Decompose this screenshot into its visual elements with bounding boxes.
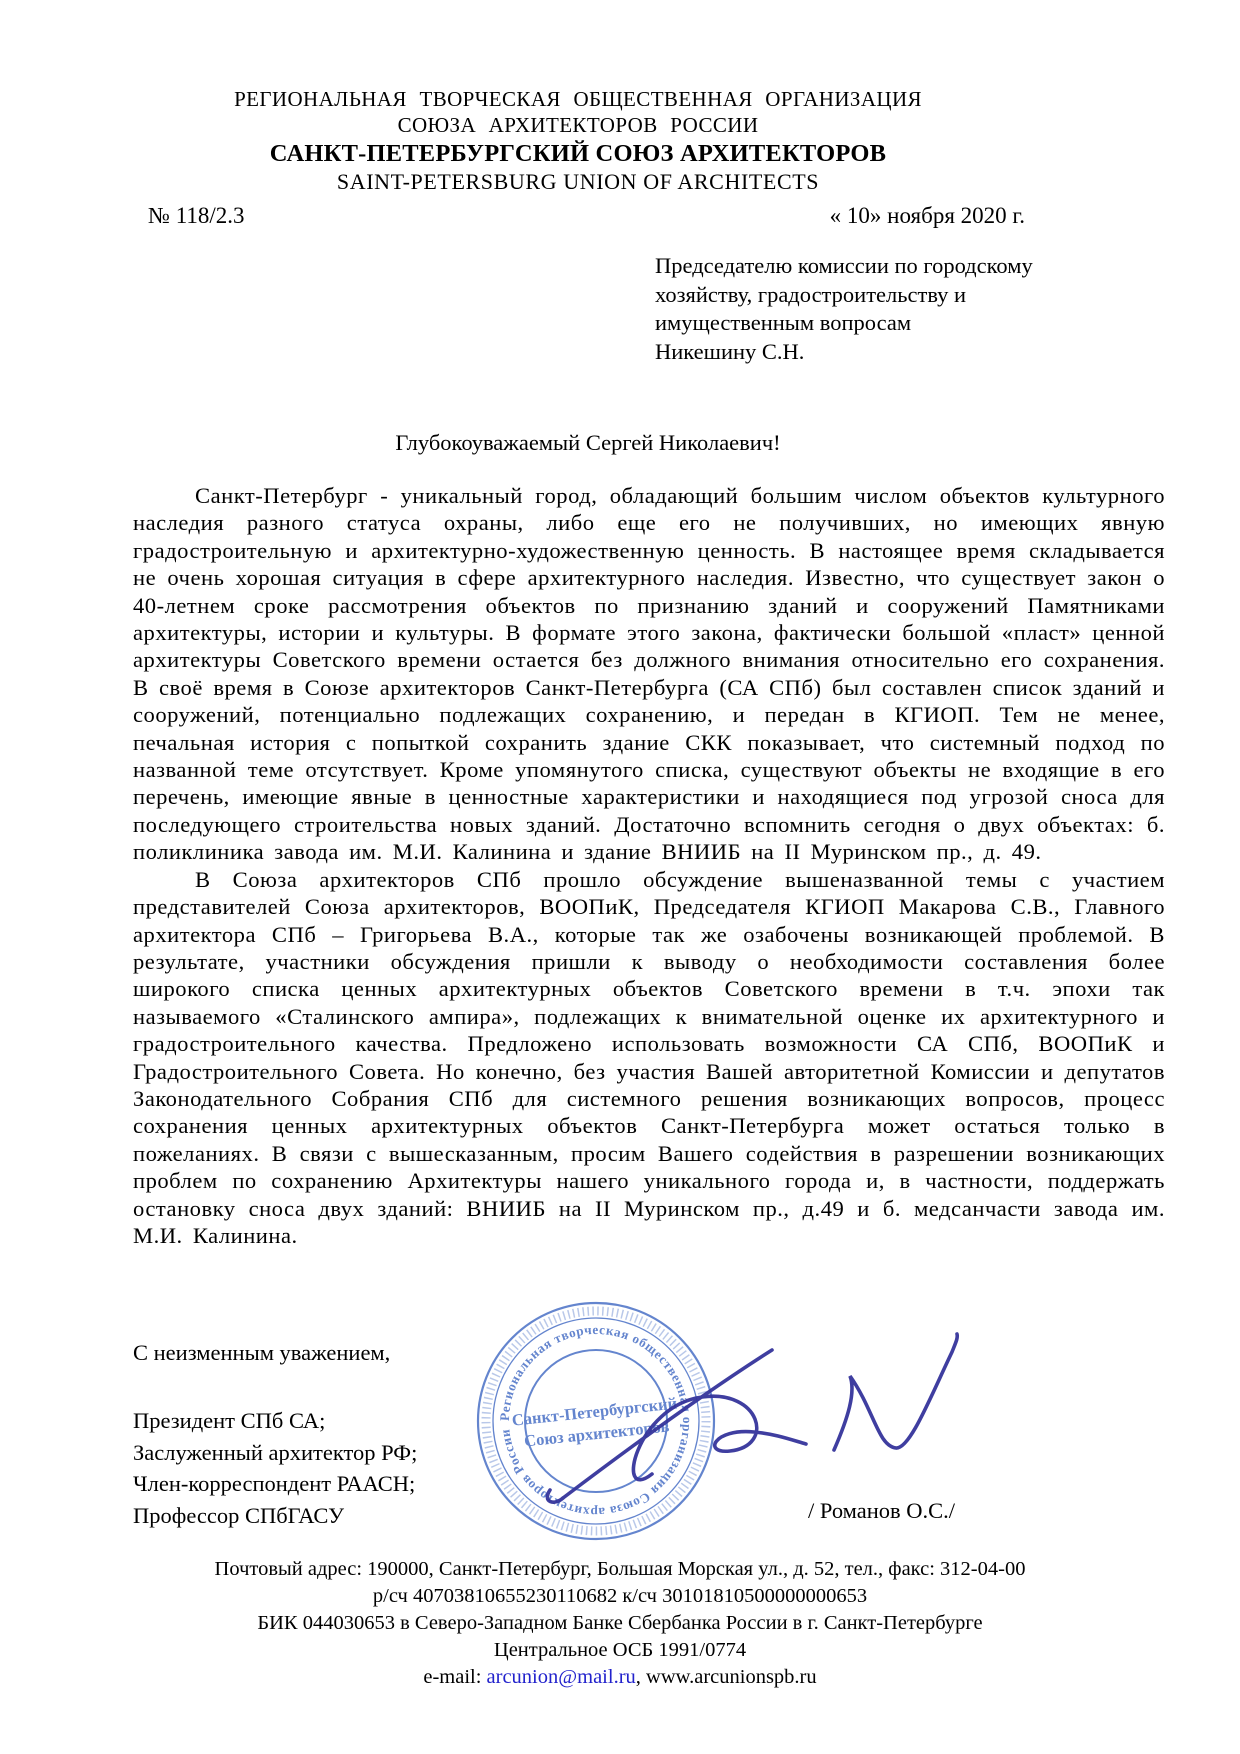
body-paragraph-2: В Союза архитекторов СПб прошло обсужден…: [133, 866, 1165, 1250]
org-name-line2: СОЮЗА АРХИТЕКТОРОВ РОССИИ: [133, 112, 1023, 138]
reference-row: № 118/2.3 « 10» ноября 2020 г.: [148, 203, 1025, 229]
closing-phrase: С неизменным уважением,: [133, 1340, 390, 1366]
addressee-line: Председателю комиссии по городскому: [655, 252, 1055, 281]
postal-address: Почтовый адрес: 190000, Санкт-Петербург,…: [70, 1556, 1170, 1583]
footer-contact-block: Почтовый адрес: 190000, Санкт-Петербург,…: [70, 1556, 1170, 1691]
reference-number: № 118/2.3: [148, 203, 244, 229]
email-link[interactable]: arcunion@mail.ru: [487, 1666, 636, 1688]
addressee-line: имущественным вопросам: [655, 309, 1055, 338]
addressee-name: Никешину С.Н.: [655, 338, 1055, 367]
letter-page: РЕГИОНАЛЬНАЯ ТВОРЧЕСКАЯ ОБЩЕСТВЕННАЯ ОРГ…: [0, 0, 1240, 1754]
stamp-and-signature: Региональная творческая общественная орг…: [430, 1280, 1000, 1545]
signer-title: Профессор СПбГАСУ: [133, 1500, 417, 1532]
email-label: e-mail:: [423, 1666, 486, 1688]
addressee-block: Председателю комиссии по городскому хозя…: [655, 252, 1055, 366]
letterhead: РЕГИОНАЛЬНАЯ ТВОРЧЕСКАЯ ОБЩЕСТВЕННАЯ ОРГ…: [133, 86, 1023, 195]
signer-title: Заслуженный архитектор РФ;: [133, 1437, 417, 1469]
signer-titles: Президент СПб СА; Заслуженный архитектор…: [133, 1405, 417, 1531]
addressee-line: хозяйству, градостроительству и: [655, 281, 1055, 310]
org-name-main: САНКТ-ПЕТЕРБУРГСКИЙ СОЮЗ АРХИТЕКТОРОВ: [133, 139, 1023, 168]
org-name-line1: РЕГИОНАЛЬНАЯ ТВОРЧЕСКАЯ ОБЩЕСТВЕННАЯ ОРГ…: [133, 86, 1023, 112]
letter-date: « 10» ноября 2020 г.: [830, 203, 1025, 229]
bank-accounts: р/сч 40703810655230110682 к/сч 301018105…: [70, 1583, 1170, 1610]
bank-details: БИК 044030653 в Северо-Западном Банке Сб…: [70, 1610, 1170, 1637]
signer-title: Член-корреспондент РААСН;: [133, 1468, 417, 1500]
letter-body: Санкт-Петербург - уникальный город, обла…: [133, 482, 1165, 1249]
org-name-english: SAINT-PETERSBURG UNION OF ARCHITECTS: [133, 168, 1023, 195]
body-paragraph-1: Санкт-Петербург - уникальный город, обла…: [133, 482, 1165, 866]
official-stamp: Региональная творческая общественная орг…: [478, 1303, 714, 1539]
salutation: Глубокоуважаемый Сергей Николаевич!: [133, 430, 1043, 456]
website-text: , www.arcunionspb.ru: [636, 1666, 817, 1688]
email-line: e-mail: arcunion@mail.ru, www.arcunionsp…: [70, 1664, 1170, 1691]
signer-title: Президент СПб СА;: [133, 1405, 417, 1437]
bank-branch: Центральное ОСБ 1991/0774: [70, 1637, 1170, 1664]
